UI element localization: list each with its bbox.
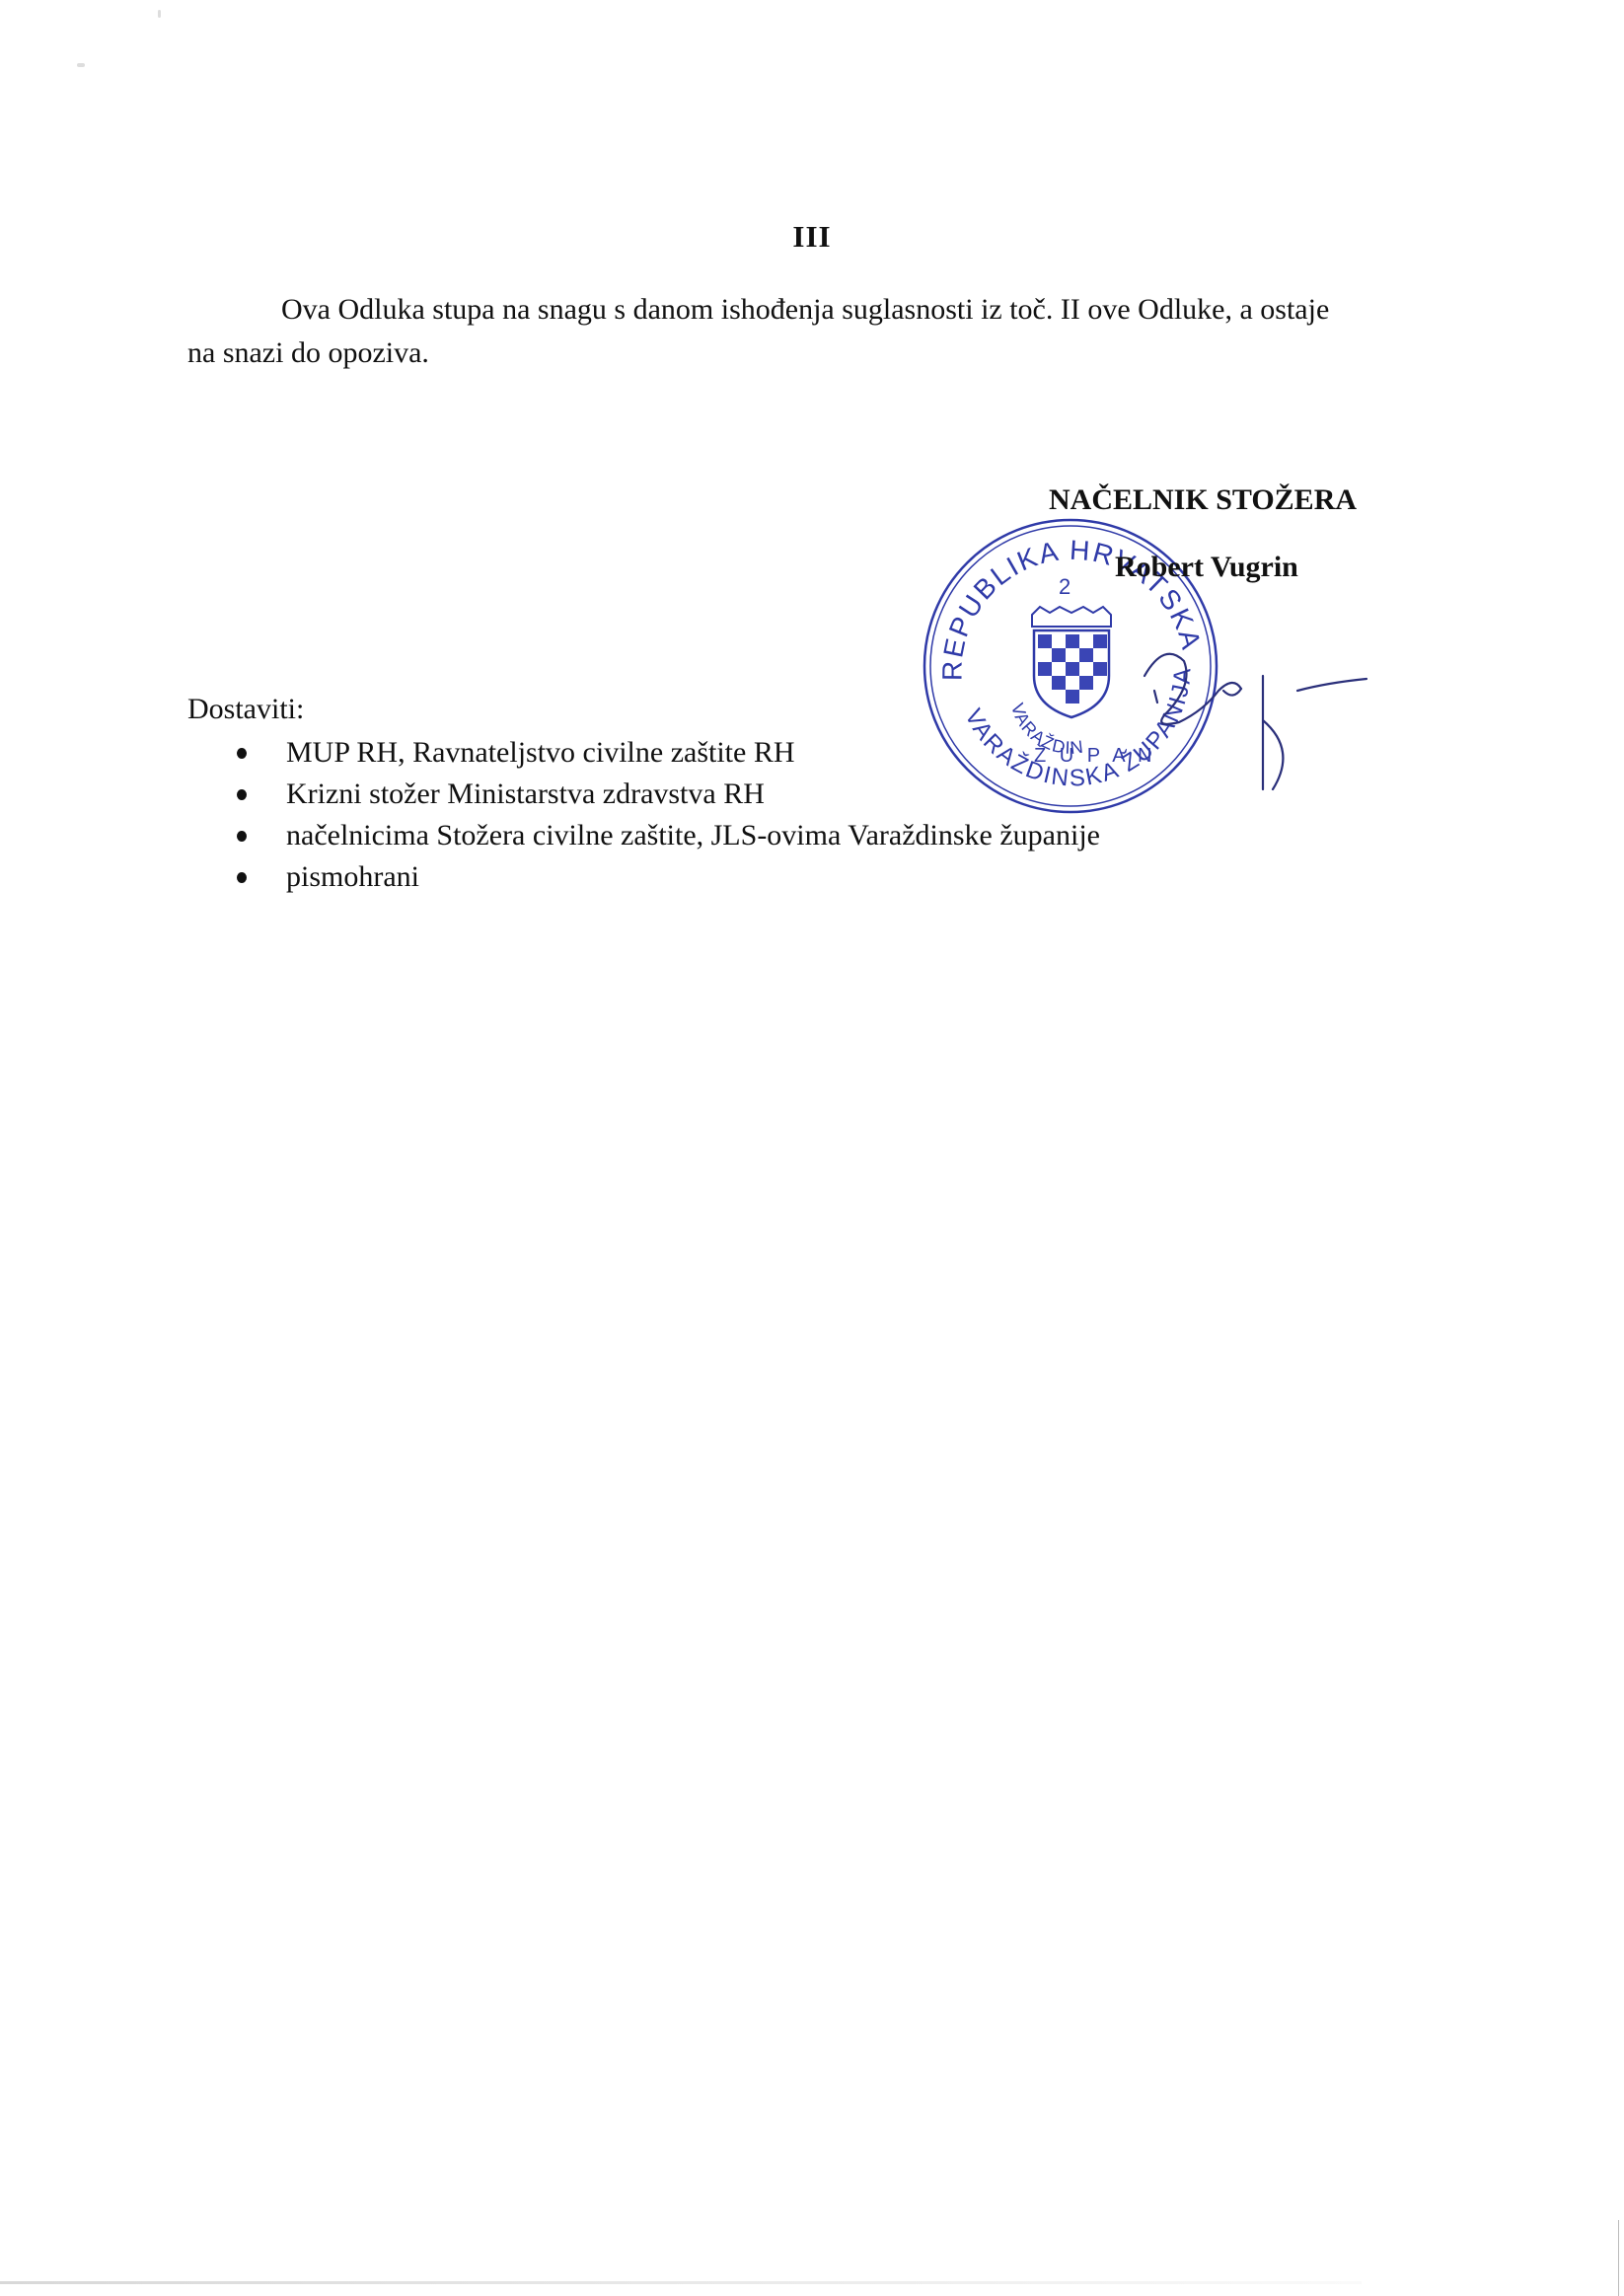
list-item: pismohrani — [237, 856, 1100, 898]
decision-paragraph: Ova Odluka stupa na snagu s danom ishođe… — [187, 288, 1470, 375]
signature-title: NAČELNIK STOŽERA — [1049, 483, 1357, 517]
list-item: MUP RH, Ravnateljstvo civilne zaštite RH — [237, 732, 1100, 774]
scan-speck — [77, 63, 85, 67]
signatory-name: Robert Vugrin — [1115, 551, 1298, 584]
scan-speck — [158, 10, 161, 18]
handwritten-signature-icon — [1125, 631, 1381, 809]
list-item: načelnicima Stožera civilne zaštite, JLS… — [237, 815, 1100, 856]
svg-text:2: 2 — [1059, 574, 1070, 599]
list-item: Krizni stožer Ministarstva zdravstva RH — [237, 774, 1100, 815]
distribution-label: Dostaviti: — [187, 693, 304, 726]
scan-edge — [1618, 2220, 1619, 2296]
section-number: III — [0, 219, 1624, 255]
scan-artifact-line — [0, 2281, 1362, 2284]
document-page: III Ova Odluka stupa na snagu s danom is… — [0, 0, 1624, 2296]
bullet-icon — [237, 872, 247, 883]
paragraph-line-2: na snazi do opoziva. — [187, 336, 429, 369]
recipient-list: MUP RH, Ravnateljstvo civilne zaštite RH… — [237, 732, 1100, 898]
bullet-icon — [237, 789, 247, 800]
bullet-icon — [237, 831, 247, 842]
paragraph-line-1: Ova Odluka stupa na snagu s danom ishođe… — [187, 288, 1470, 332]
bullet-icon — [237, 748, 247, 759]
